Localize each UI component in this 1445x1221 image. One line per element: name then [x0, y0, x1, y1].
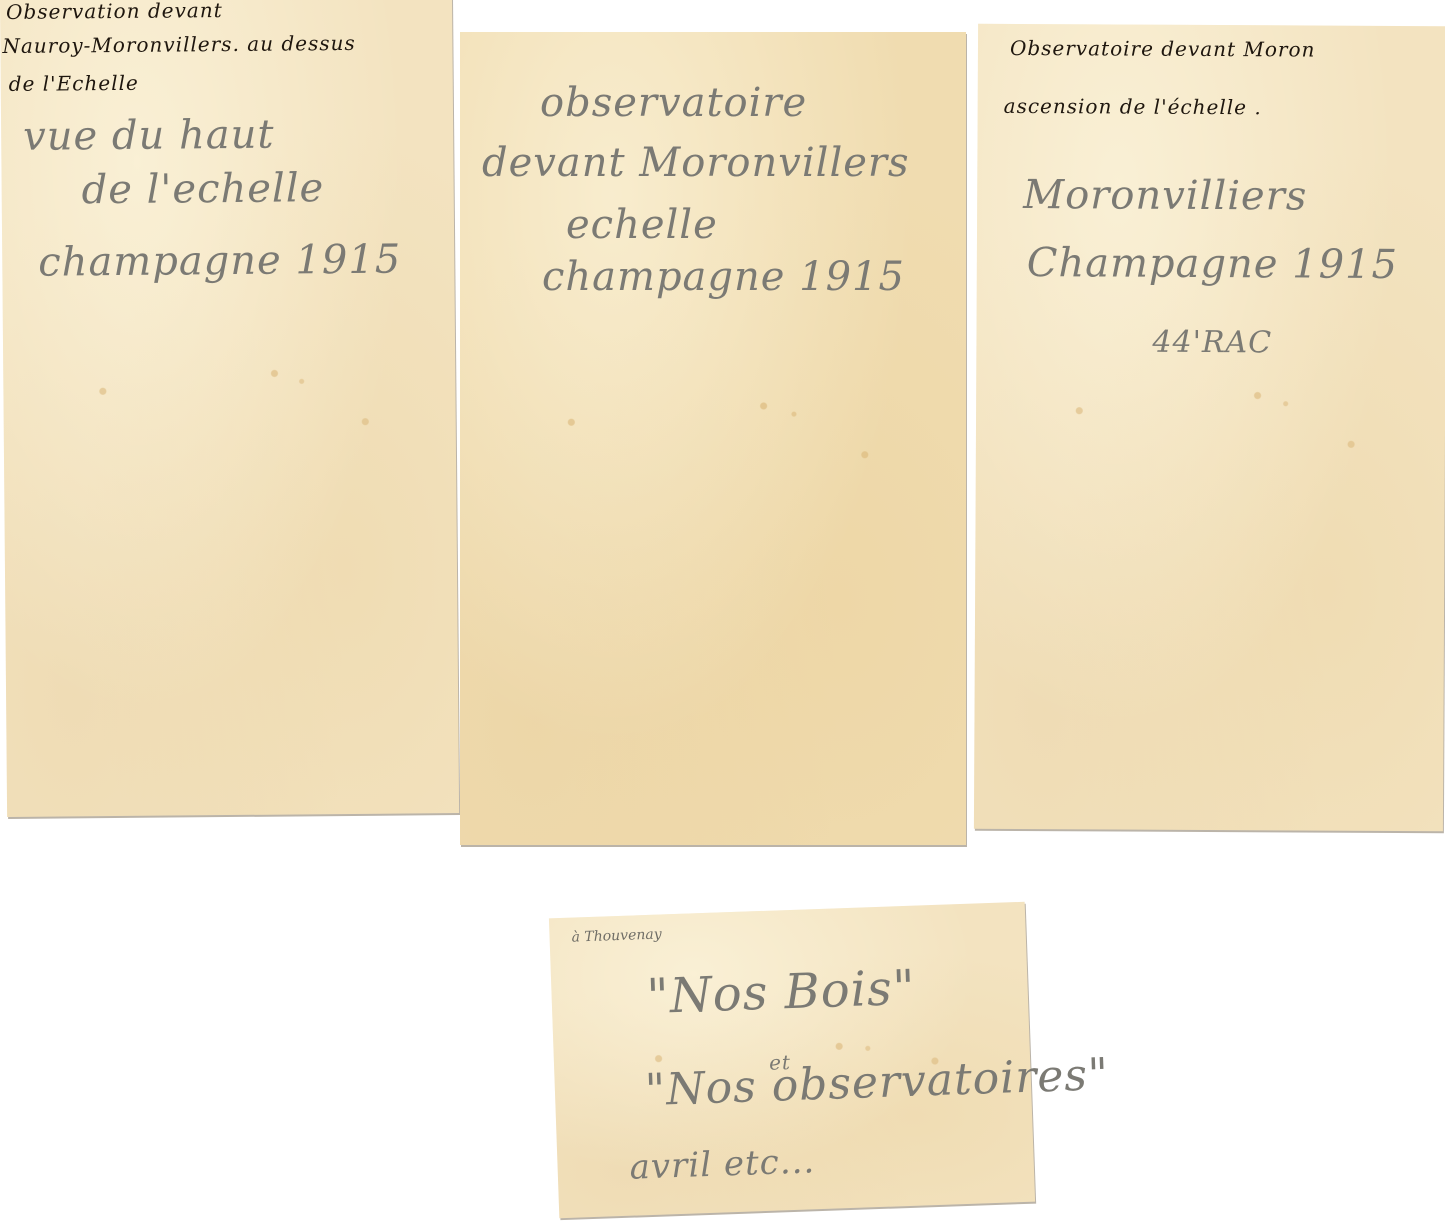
pencil-caption-line: champagne 1915 [38, 237, 401, 286]
photo-back-card-4: à Thouvenay "Nos Bois" et "Nos observato… [549, 902, 1035, 1218]
pencil-caption-line: Champagne 1915 [1027, 240, 1398, 288]
ink-caption-line: ascension de l'échelle . [1004, 94, 1262, 119]
pencil-caption-line: avril etc... [629, 1141, 816, 1187]
pencil-caption-line: "Nos Bois" [646, 960, 917, 1025]
pencil-caption-line: 44'RAC [1152, 325, 1272, 361]
pencil-caption-line: "Nos observatoires" [644, 1049, 1110, 1116]
ink-caption-line: Nauroy-Moronvillers. au dessus [2, 31, 356, 58]
pencil-caption-line: à Thouvenay [571, 926, 662, 945]
photo-back-card-1: Observation devant Nauroy-Moronvillers. … [0, 0, 459, 817]
photo-back-card-3: Observatoire devant Moron ascension de l… [974, 24, 1445, 831]
pencil-caption-line: vue du haut [23, 112, 275, 160]
pencil-caption-line: champagne 1915 [542, 254, 905, 300]
pencil-caption-line: Moronvilliers [1023, 172, 1307, 219]
pencil-caption-line: de l'echelle [81, 165, 324, 213]
pencil-caption-line: observatoire [540, 80, 807, 126]
ink-caption-line: de l'Echelle [9, 71, 139, 96]
pencil-caption-line: echelle [566, 202, 718, 248]
photo-back-card-2: observatoire devant Moronvillers echelle… [460, 32, 966, 845]
pencil-caption-line: devant Moronvillers [482, 140, 910, 186]
ink-caption-line: Observatoire devant Moron [1010, 36, 1316, 62]
ink-caption-line: Observation devant [6, 0, 223, 24]
